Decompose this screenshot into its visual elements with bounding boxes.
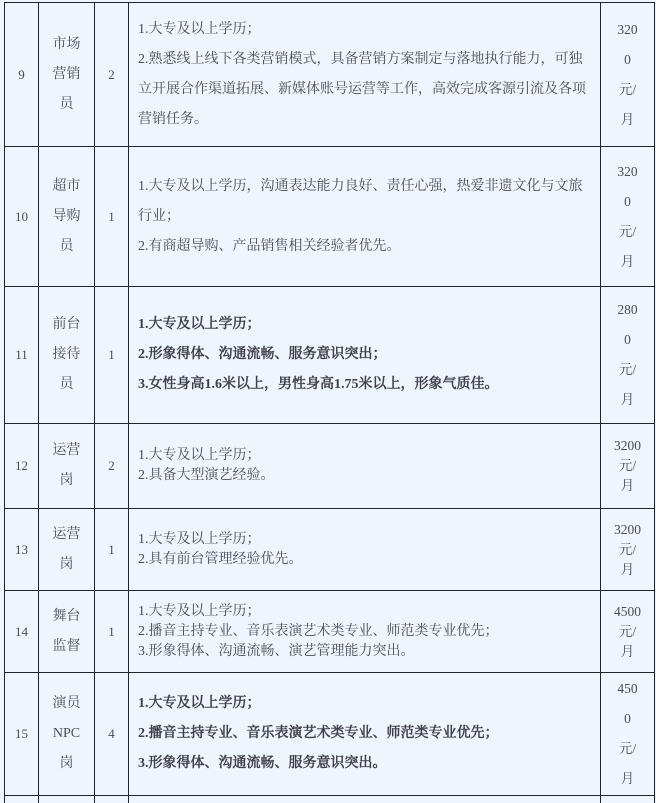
salary-cell: 450 0 元/ 月 (601, 673, 655, 796)
headcount-cell: 1 (95, 591, 129, 673)
headcount-cell: 2 (95, 424, 129, 509)
position-cell: 运营 岗 (39, 424, 95, 509)
headcount-cell: 2 (95, 3, 129, 147)
requirements-cell: 1.大专及以上学历； 2.具有前台管理经验优先。 (129, 509, 601, 591)
row-number-cell: 13 (5, 509, 39, 591)
requirements-cell: 1.大专及以上学历； 2.具备大型演艺经验。 (129, 424, 601, 509)
row-number-cell: 15 (5, 673, 39, 796)
requirements-cell: 1.大专及以上学历； 2.播音主持专业、音乐表演艺术类专业、师范类专业优先； 3… (129, 591, 601, 673)
headcount-cell (95, 796, 129, 803)
salary-cell: 4500 元/ 月 (601, 591, 655, 673)
document-page: { "theme": { "background": "#eff5fc", "b… (0, 0, 656, 803)
table-row-13: 13 运营 岗 1 1.大专及以上学历； 2.具有前台管理经验优先。 3200 … (5, 509, 655, 591)
position-cell (39, 796, 95, 803)
row-number-cell: 10 (5, 147, 39, 287)
requirements-cell (129, 796, 601, 803)
headcount-cell: 1 (95, 287, 129, 424)
headcount-cell: 4 (95, 673, 129, 796)
row-number-cell: 9 (5, 3, 39, 147)
salary-cell (601, 796, 655, 803)
position-cell: 市场 营销 员 (39, 3, 95, 147)
salary-cell: 320 0 元/ 月 (601, 147, 655, 287)
position-cell: 运营 岗 (39, 509, 95, 591)
salary-cell: 3200 元/ 月 (601, 509, 655, 591)
position-cell: 前台 接待 员 (39, 287, 95, 424)
position-cell: 演员 NPC 岗 (39, 673, 95, 796)
position-cell: 舞台 监督 (39, 591, 95, 673)
table-row-12: 12 运营 岗 2 1.大专及以上学历； 2.具备大型演艺经验。 3200 元/… (5, 424, 655, 509)
job-table-body: 9 市场 营销 员 2 1.大专及以上学历； 2.熟悉线上线下各类营销模式，具备… (5, 3, 655, 803)
headcount-cell: 1 (95, 509, 129, 591)
table-row-11: 11 前台 接待 员 1 1.大专及以上学历； 2.形象得体、沟通流畅、服务意识… (5, 287, 655, 424)
row-number-cell (5, 796, 39, 803)
requirements-cell: 1.大专及以上学历； 2.熟悉线上线下各类营销模式，具备营销方案制定与落地执行能… (129, 3, 601, 147)
requirements-cell: 1.大专及以上学历； 2.形象得体、沟通流畅、服务意识突出； 3.女性身高1.6… (129, 287, 601, 424)
salary-cell: 3200 元/ 月 (601, 424, 655, 509)
position-cell: 超市 导购 员 (39, 147, 95, 287)
row-number-cell: 11 (5, 287, 39, 424)
salary-cell: 320 0 元/ 月 (601, 3, 655, 147)
headcount-cell: 1 (95, 147, 129, 287)
table-row-15: 15 演员 NPC 岗 4 1.大专及以上学历； 2.播音主持专业、音乐表演艺术… (5, 673, 655, 796)
table-row-partial (5, 796, 655, 803)
table-row-10: 10 超市 导购 员 1 1.大专及以上学历，沟通表达能力良好、责任心强，热爱非… (5, 147, 655, 287)
requirements-cell: 1.大专及以上学历； 2.播音主持专业、音乐表演艺术类专业、师范类专业优先； 3… (129, 673, 601, 796)
salary-cell: 280 0 元/ 月 (601, 287, 655, 424)
requirements-cell: 1.大专及以上学历，沟通表达能力良好、责任心强，热爱非遗文化与文旅行业； 2.有… (129, 147, 601, 287)
table-row-9: 9 市场 营销 员 2 1.大专及以上学历； 2.熟悉线上线下各类营销模式，具备… (5, 3, 655, 147)
job-positions-table: 9 市场 营销 员 2 1.大专及以上学历； 2.熟悉线上线下各类营销模式，具备… (4, 2, 655, 803)
row-number-cell: 14 (5, 591, 39, 673)
row-number-cell: 12 (5, 424, 39, 509)
table-row-14: 14 舞台 监督 1 1.大专及以上学历； 2.播音主持专业、音乐表演艺术类专业… (5, 591, 655, 673)
